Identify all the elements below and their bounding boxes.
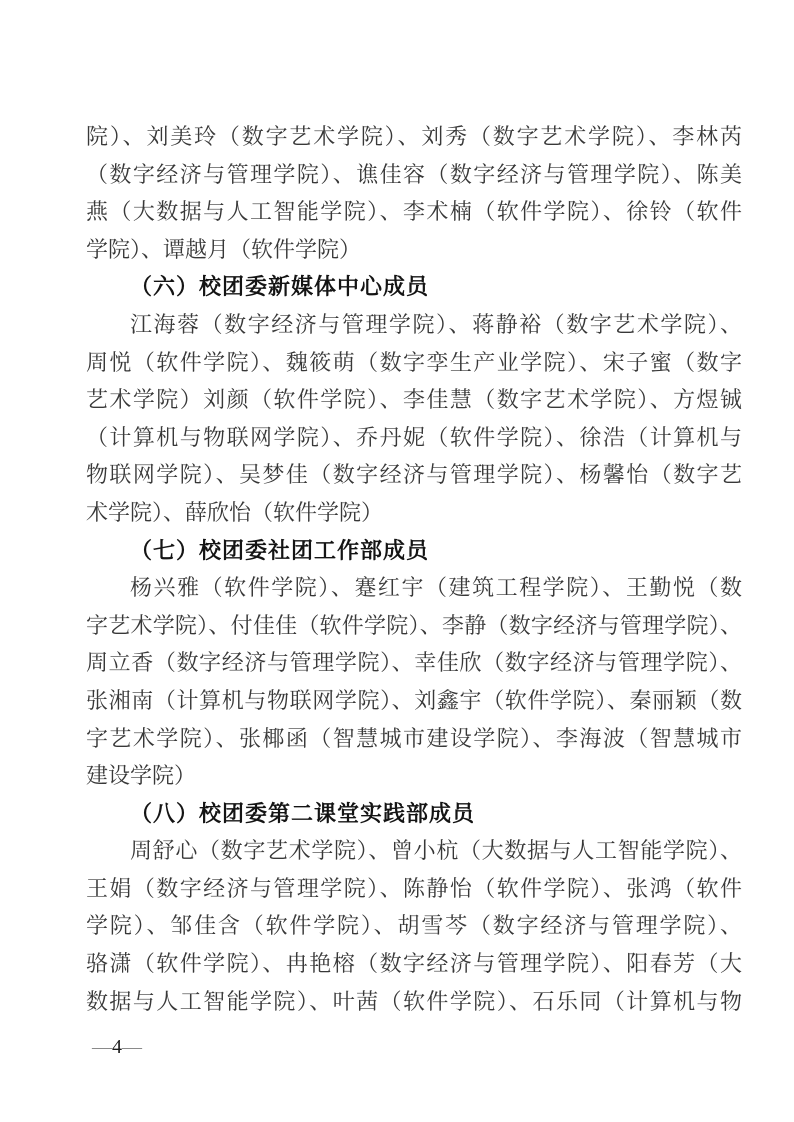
section-heading-eight: （八）校团委第二课堂实践部成员: [86, 795, 742, 833]
text-line: 术学院）、薛欣怡（软件学院）: [86, 494, 742, 532]
text-line: 燕（大数据与人工智能学院）、李术楠（软件学院）、徐铃（软件: [86, 193, 742, 231]
text-line: 骆潇（软件学院）、冉艳榕（数字经济与管理学院）、阳春芳（大: [86, 945, 742, 983]
text-line: 周悦（软件学院）、魏筱萌（数字孪生产业学院）、宋子蜜（数字: [86, 344, 742, 382]
text-line: 学院）、邹佳含（软件学院）、胡雪芩（数字经济与管理学院）、: [86, 907, 742, 945]
text-line: 王娟（数字经济与管理学院）、陈静怡（软件学院）、张鸿（软件: [86, 870, 742, 908]
text-line: 周立香（数字经济与管理学院）、幸佳欣（数字经济与管理学院）、: [86, 644, 742, 682]
footer-dash-right: —: [122, 1036, 142, 1058]
text-line: 数据与人工智能学院）、叶茜（软件学院）、石乐同（计算机与物: [86, 983, 742, 1021]
text-line: 张湘南（计算机与物联网学院）、刘鑫宇（软件学院）、秦丽颖（数: [86, 682, 742, 720]
section-heading-six: （六）校团委新媒体中心成员: [86, 268, 742, 306]
text-line: 学院）、谭越月（软件学院）: [86, 231, 742, 269]
text-line: 物联网学院）、吴梦佳（数字经济与管理学院）、杨馨怡（数字艺: [86, 456, 742, 494]
footer-dash-left: —: [92, 1036, 112, 1058]
text-line: 周舒心（数字艺术学院）、曾小杭（大数据与人工智能学院）、: [86, 832, 742, 870]
text-line: （计算机与物联网学院）、乔丹妮（软件学院）、徐浩（计算机与: [86, 419, 742, 457]
text-line: 艺术学院）刘颜（软件学院）、李佳慧（数字艺术学院）、方煜铖: [86, 381, 742, 419]
page-number: 4: [112, 1036, 122, 1058]
text-line: 建设学院）: [86, 757, 742, 795]
document-page: 院）、刘美玲（数字艺术学院）、刘秀（数字艺术学院）、李林芮 （数字经济与管理学院…: [0, 0, 794, 1122]
text-line: 杨兴雅（软件学院）、蹇红宇（建筑工程学院）、王勤悦（数: [86, 569, 742, 607]
text-line: 江海蓉（数字经济与管理学院）、蒋静裕（数字艺术学院）、: [86, 306, 742, 344]
text-line: 字艺术学院）、张椰函（智慧城市建设学院）、李海波（智慧城市: [86, 720, 742, 758]
document-body: 院）、刘美玲（数字艺术学院）、刘秀（数字艺术学院）、李林芮 （数字经济与管理学院…: [86, 118, 742, 1020]
text-line: 院）、刘美玲（数字艺术学院）、刘秀（数字艺术学院）、李林芮: [86, 118, 742, 156]
text-line: （数字经济与管理学院）、谯佳容（数字经济与管理学院）、陈美: [86, 156, 742, 194]
section-heading-seven: （七）校团委社团工作部成员: [86, 532, 742, 570]
text-line: 字艺术学院）、付佳佳（软件学院）、李静（数字经济与管理学院）、: [86, 607, 742, 645]
page-footer: —4—: [92, 1035, 142, 1059]
